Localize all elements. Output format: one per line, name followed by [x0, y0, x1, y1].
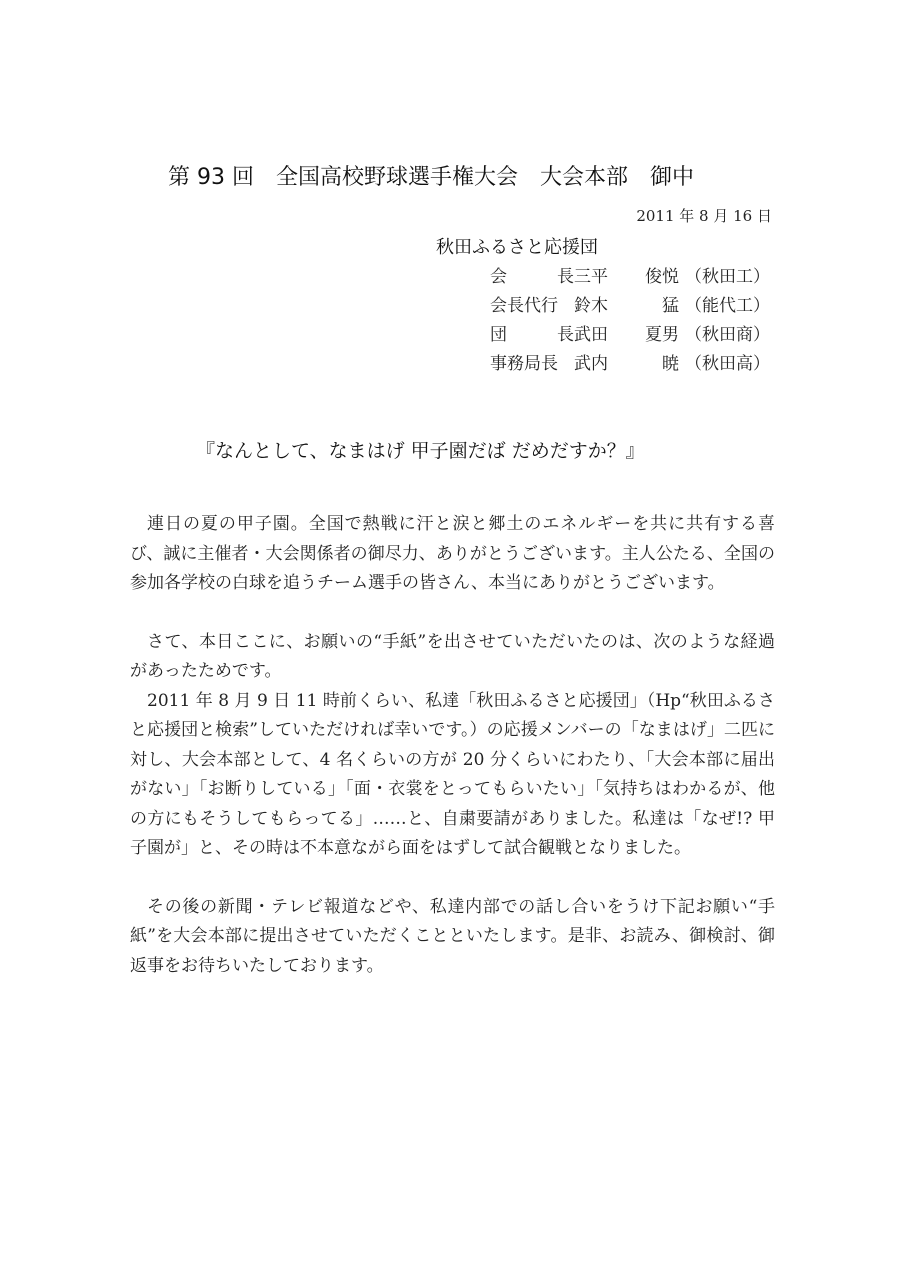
letter-body: 連日の夏の甲子園。全国で熱戦に汗と涙と郷土のエネルギーを共に共有する喜び、誠に主… — [130, 510, 775, 981]
paragraph-incident: 2011 年 8 月 9 日 11 時前くらい、私達「秋田ふるさと応援団」（Hp… — [130, 687, 775, 864]
member-surname: 武内 — [574, 349, 608, 378]
sender-organization: 秋田ふるさと応援団 — [436, 233, 598, 259]
letter-subject: 『なんとして、なまはげ 甲子園だば だめだすか？』 — [196, 436, 645, 463]
document-date: 2011 年 8 月 16 日 — [636, 205, 772, 226]
member-surname: 三平 — [574, 262, 608, 291]
member-row: 団 長 武田 夏男 （秋田商） — [490, 320, 770, 349]
member-role: 団 長 — [490, 320, 574, 349]
paragraph-spacer — [130, 864, 775, 893]
member-given-name: 猛 — [662, 291, 679, 320]
member-role-char: 団 — [490, 320, 507, 349]
member-role: 事務局長 — [490, 349, 574, 378]
member-given-name: 暁 — [662, 349, 679, 378]
member-row: 会 長 三平 俊悦 （秋田工） — [490, 262, 770, 291]
document-page: 第 93 回 全国高校野球選手権大会 大会本部 御中 2011 年 8 月 16… — [0, 0, 900, 1273]
member-role: 会 長 — [490, 262, 574, 291]
member-role-char: 会 — [490, 262, 507, 291]
member-role-char: 長 — [557, 262, 574, 291]
member-role-char: 長 — [557, 320, 574, 349]
paragraph-purpose: さて、本日ここに、お願いの“手紙”を出させていただいたのは、次のような経過があっ… — [130, 628, 775, 687]
member-school: （秋田商） — [685, 320, 770, 349]
document-title: 第 93 回 全国高校野球選手権大会 大会本部 御中 — [168, 160, 808, 191]
member-name: 鈴木 猛 — [574, 291, 685, 320]
paragraph-greeting: 連日の夏の甲子園。全国で熱戦に汗と涙と郷土のエネルギーを共に共有する喜び、誠に主… — [130, 510, 775, 599]
member-name: 武田 夏男 — [574, 320, 685, 349]
member-role: 会長代行 — [490, 291, 574, 320]
paragraph-spacer — [130, 599, 775, 628]
sender-member-list: 会 長 三平 俊悦 （秋田工） 会長代行 鈴木 猛 （能代工） 団 長 — [490, 262, 770, 378]
member-surname: 鈴木 — [574, 291, 608, 320]
member-row: 事務局長 武内 暁 （秋田高） — [490, 349, 770, 378]
paragraph-request: その後の新聞・テレビ報道などや、私達内部での話し合いをうけ下記お願い“手紙”を大… — [130, 893, 775, 982]
member-role-text: 事務局長 — [490, 349, 558, 378]
member-role-text: 会長代行 — [490, 291, 558, 320]
member-surname: 武田 — [574, 320, 608, 349]
member-name: 武内 暁 — [574, 349, 685, 378]
member-given-name: 俊悦 — [645, 262, 679, 291]
member-school: （秋田工） — [685, 262, 770, 291]
member-row: 会長代行 鈴木 猛 （能代工） — [490, 291, 770, 320]
member-name: 三平 俊悦 — [574, 262, 685, 291]
member-school: （能代工） — [685, 291, 770, 320]
member-school: （秋田高） — [685, 349, 770, 378]
member-given-name: 夏男 — [645, 320, 679, 349]
